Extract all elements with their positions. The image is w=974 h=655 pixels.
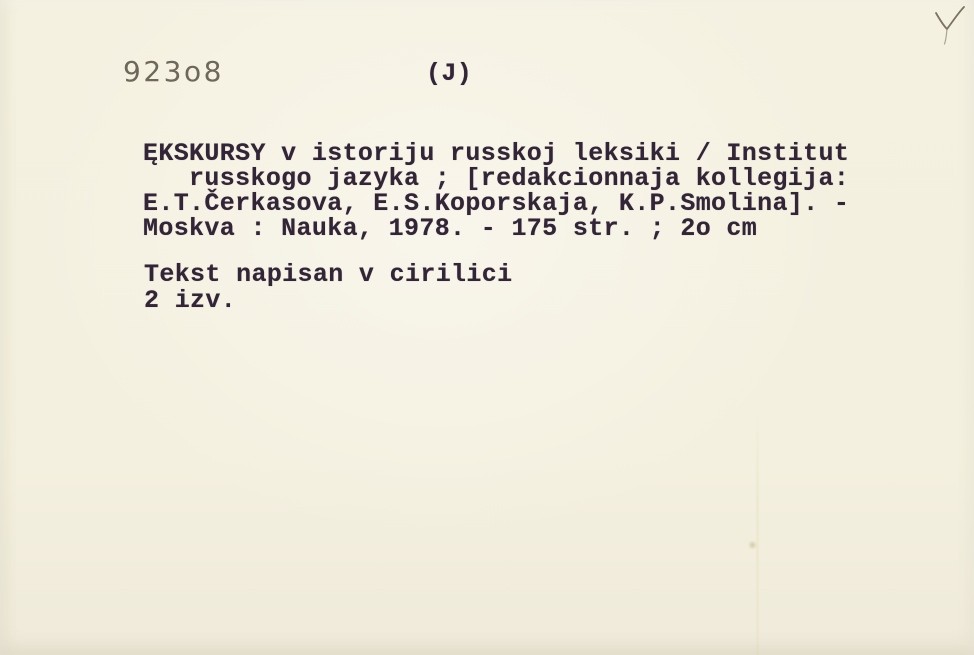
note-line-script: Tekst napisan v cirilici xyxy=(144,262,512,288)
paper-crease xyxy=(756,400,759,655)
note-line-copies: 2 izv. xyxy=(144,288,512,314)
language-code: (J) xyxy=(426,61,472,86)
catalog-card: 923o8 (J) ĘKSKURSY v istoriju russkoj le… xyxy=(0,0,974,655)
entry-line-1: ĘKSKURSY v istoriju russkoj leksiki / In… xyxy=(143,141,849,166)
bibliographic-entry: ĘKSKURSY v istoriju russkoj leksiki / In… xyxy=(143,141,849,241)
entry-line-2: russkogo jazyka ; [redakcionnaja kollegi… xyxy=(143,166,849,191)
entry-line-3: E.T.Čerkasova, E.S.Koporskaja, K.P.Smoli… xyxy=(143,191,849,216)
checkmark-icon xyxy=(928,2,974,52)
entry-line-4: Moskva : Nauka, 1978. - 175 str. ; 2o cm xyxy=(143,216,849,241)
notes: Tekst napisan v cirilici 2 izv. xyxy=(144,262,512,314)
call-number: 923o8 xyxy=(123,57,224,87)
